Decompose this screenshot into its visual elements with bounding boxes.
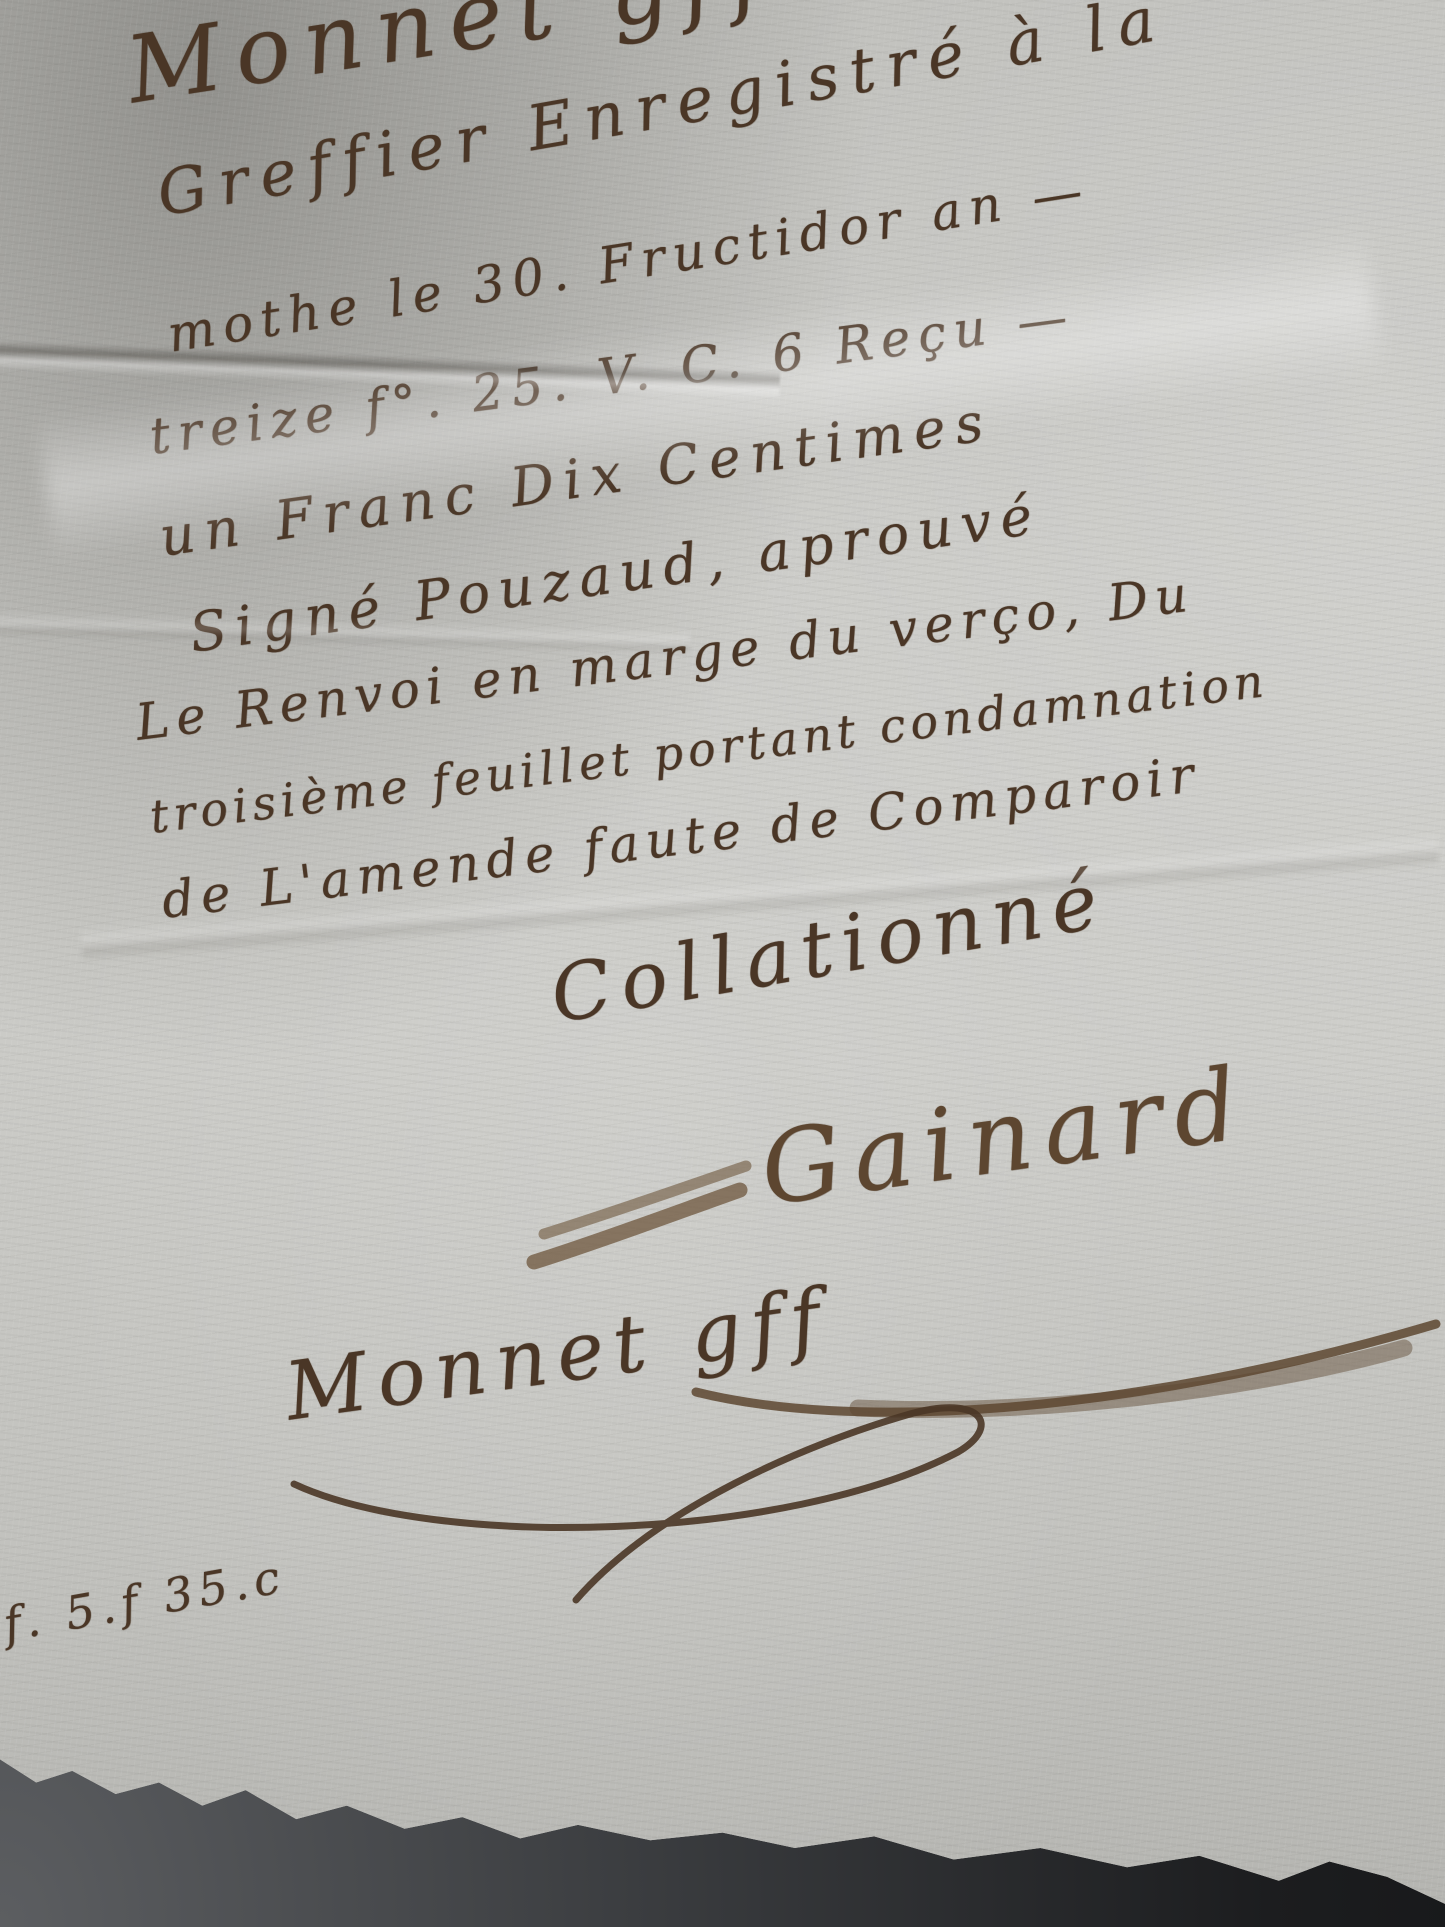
manuscript-line-collationne: Collationné	[544, 855, 1114, 1041]
signature-gainard: Gainard	[754, 1044, 1257, 1228]
double-stroke-flourish	[528, 1150, 758, 1290]
photo-scene: Monnet gff Greffier Enregistré à la moth…	[0, 0, 1445, 1927]
signature-monnet: Monnet gff	[280, 1270, 836, 1438]
monnet-swash-flourish	[266, 1388, 1056, 1658]
fee-note: f. 5.f 35.c	[0, 1549, 289, 1652]
manuscript-paper: Monnet gff Greffier Enregistré à la moth…	[0, 0, 1445, 1927]
